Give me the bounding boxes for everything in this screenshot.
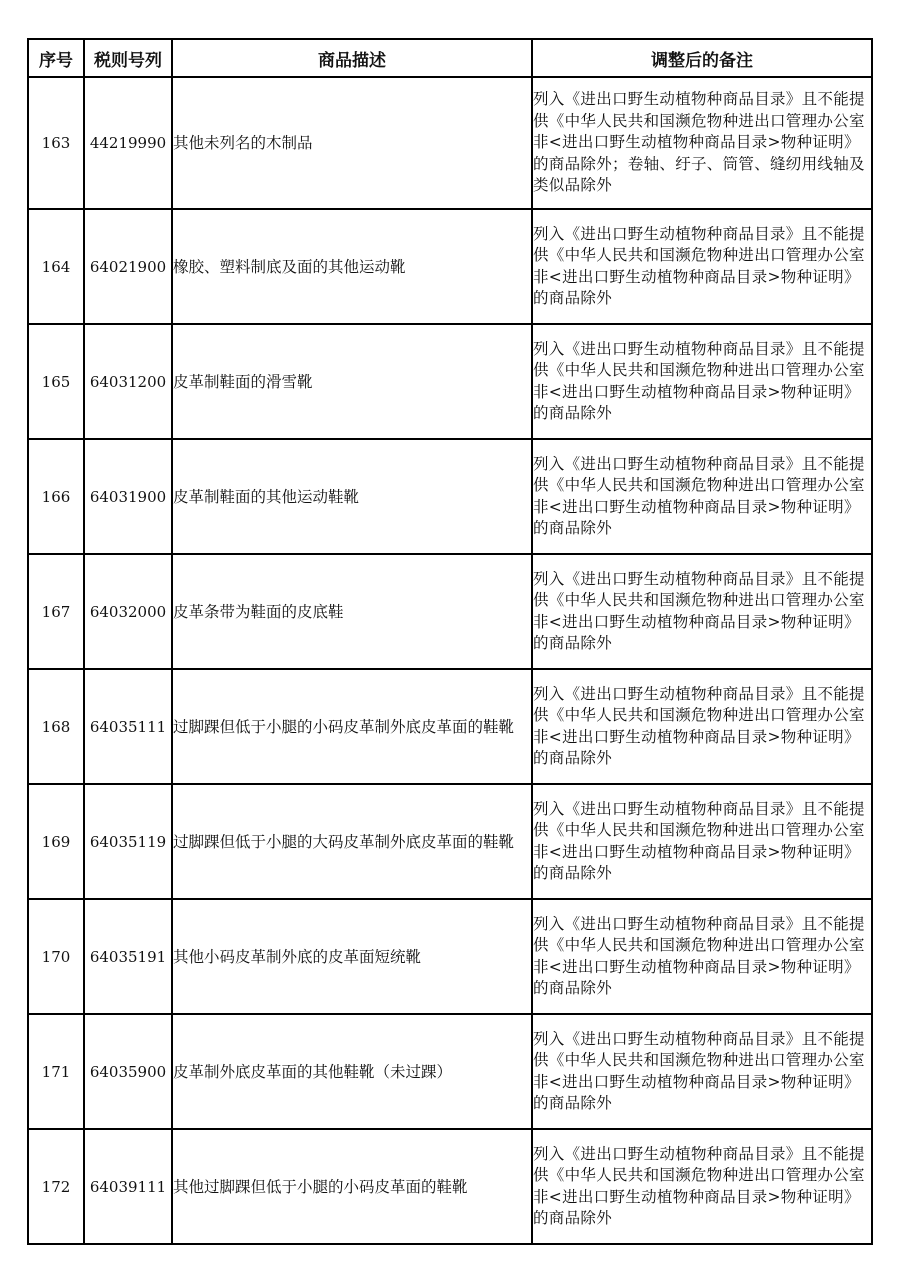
row-description: 过脚踝但低于小腿的大码皮革制外底皮革面的鞋靴	[172, 784, 532, 899]
row-tariff-code: 64031200	[84, 324, 172, 439]
row-note: 列入《进出口野生动植物种商品目录》且不能提供《中华人民共和国濒危物种进出口管理办…	[532, 1129, 872, 1244]
row-index: 163	[28, 77, 84, 209]
row-note: 列入《进出口野生动植物种商品目录》且不能提供《中华人民共和国濒危物种进出口管理办…	[532, 669, 872, 784]
table-row: 165 64031200 皮革制鞋面的滑雪靴 列入《进出口野生动植物种商品目录》…	[28, 324, 872, 439]
header-description: 商品描述	[172, 39, 532, 77]
row-description: 其他未列名的木制品	[172, 77, 532, 209]
tariff-table: 序号 税则号列 商品描述 调整后的备注 163 44219990 其他未列名的木…	[27, 38, 873, 1245]
row-note: 列入《进出口野生动植物种商品目录》且不能提供《中华人民共和国濒危物种进出口管理办…	[532, 554, 872, 669]
row-tariff-code: 64032000	[84, 554, 172, 669]
table-row: 167 64032000 皮革条带为鞋面的皮底鞋 列入《进出口野生动植物种商品目…	[28, 554, 872, 669]
header-tariff-code: 税则号列	[84, 39, 172, 77]
row-description: 皮革制鞋面的滑雪靴	[172, 324, 532, 439]
row-index: 166	[28, 439, 84, 554]
row-index: 168	[28, 669, 84, 784]
row-index: 171	[28, 1014, 84, 1129]
row-tariff-code: 64031900	[84, 439, 172, 554]
row-description: 皮革条带为鞋面的皮底鞋	[172, 554, 532, 669]
row-description: 其他小码皮革制外底的皮革面短统靴	[172, 899, 532, 1014]
header-note: 调整后的备注	[532, 39, 872, 77]
row-index: 172	[28, 1129, 84, 1244]
row-note: 列入《进出口野生动植物种商品目录》且不能提供《中华人民共和国濒危物种进出口管理办…	[532, 1014, 872, 1129]
row-tariff-code: 64039111	[84, 1129, 172, 1244]
row-note: 列入《进出口野生动植物种商品目录》且不能提供《中华人民共和国濒危物种进出口管理办…	[532, 899, 872, 1014]
row-note: 列入《进出口野生动植物种商品目录》且不能提供《中华人民共和国濒危物种进出口管理办…	[532, 209, 872, 324]
row-tariff-code: 64035111	[84, 669, 172, 784]
table-row: 164 64021900 橡胶、塑料制底及面的其他运动靴 列入《进出口野生动植物…	[28, 209, 872, 324]
row-note: 列入《进出口野生动植物种商品目录》且不能提供《中华人民共和国濒危物种进出口管理办…	[532, 77, 872, 209]
row-tariff-code: 44219990	[84, 77, 172, 209]
table-row: 166 64031900 皮革制鞋面的其他运动鞋靴 列入《进出口野生动植物种商品…	[28, 439, 872, 554]
row-index: 167	[28, 554, 84, 669]
row-index: 170	[28, 899, 84, 1014]
row-index: 165	[28, 324, 84, 439]
table-row: 170 64035191 其他小码皮革制外底的皮革面短统靴 列入《进出口野生动植…	[28, 899, 872, 1014]
row-description: 皮革制外底皮革面的其他鞋靴（未过踝）	[172, 1014, 532, 1129]
row-tariff-code: 64021900	[84, 209, 172, 324]
table-row: 172 64039111 其他过脚踝但低于小腿的小码皮革面的鞋靴 列入《进出口野…	[28, 1129, 872, 1244]
row-note: 列入《进出口野生动植物种商品目录》且不能提供《中华人民共和国濒危物种进出口管理办…	[532, 324, 872, 439]
row-description: 橡胶、塑料制底及面的其他运动靴	[172, 209, 532, 324]
header-index: 序号	[28, 39, 84, 77]
row-description: 皮革制鞋面的其他运动鞋靴	[172, 439, 532, 554]
row-note: 列入《进出口野生动植物种商品目录》且不能提供《中华人民共和国濒危物种进出口管理办…	[532, 439, 872, 554]
row-tariff-code: 64035900	[84, 1014, 172, 1129]
row-description: 其他过脚踝但低于小腿的小码皮革面的鞋靴	[172, 1129, 532, 1244]
row-tariff-code: 64035119	[84, 784, 172, 899]
table-row: 168 64035111 过脚踝但低于小腿的小码皮革制外底皮革面的鞋靴 列入《进…	[28, 669, 872, 784]
table-header-row: 序号 税则号列 商品描述 调整后的备注	[28, 39, 872, 77]
row-index: 169	[28, 784, 84, 899]
table-row: 163 44219990 其他未列名的木制品 列入《进出口野生动植物种商品目录》…	[28, 77, 872, 209]
row-index: 164	[28, 209, 84, 324]
row-tariff-code: 64035191	[84, 899, 172, 1014]
table-row: 171 64035900 皮革制外底皮革面的其他鞋靴（未过踝） 列入《进出口野生…	[28, 1014, 872, 1129]
row-note: 列入《进出口野生动植物种商品目录》且不能提供《中华人民共和国濒危物种进出口管理办…	[532, 784, 872, 899]
row-description: 过脚踝但低于小腿的小码皮革制外底皮革面的鞋靴	[172, 669, 532, 784]
table-row: 169 64035119 过脚踝但低于小腿的大码皮革制外底皮革面的鞋靴 列入《进…	[28, 784, 872, 899]
